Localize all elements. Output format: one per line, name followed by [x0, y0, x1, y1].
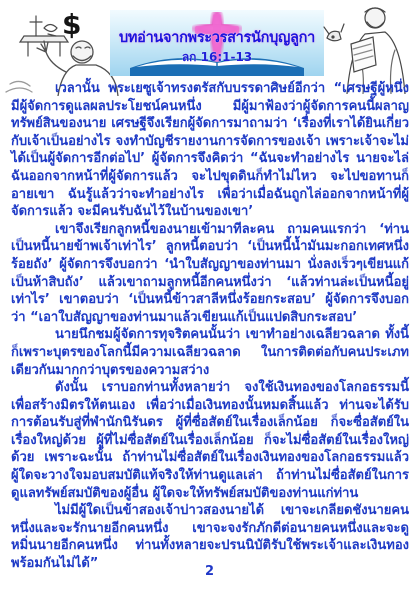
gospel-reading-text: เวลานั้น พระเยซูเจ้าทรงตรัสกับบรรดาศิษย์…: [11, 80, 409, 573]
svg-text:$: $: [62, 8, 81, 41]
document-page: $: [0, 0, 419, 595]
paragraph: เขาจึงเรียกลูกหนี้ของนายเข้ามาทีละคน ถาม…: [11, 221, 409, 327]
header-banner: บทอ่านจากพระวรสารนักบุญลูกา ลก 16:1-13: [110, 10, 324, 76]
banner-reference: ลก 16:1-13: [110, 48, 324, 67]
paragraph: นายนึกชมผู้จัดการทุจริตคนนั้นว่า เขาทำอย…: [11, 326, 409, 379]
banner-title: บทอ่านจากพระวรสารนักบุญลูกา: [110, 26, 324, 49]
page-number: 2: [0, 564, 419, 579]
paragraph: เวลานั้น พระเยซูเจ้าทรงตรัสกับบรรดาศิษย์…: [11, 80, 409, 221]
paragraph: ดังนั้น เราบอกท่านทั้งหลายว่า จงใช้เงินท…: [11, 379, 409, 502]
paragraph: ไม่มีผู้ใดเป็นข้าสองเจ้าบ่าวสองนายได้ เข…: [11, 502, 409, 572]
